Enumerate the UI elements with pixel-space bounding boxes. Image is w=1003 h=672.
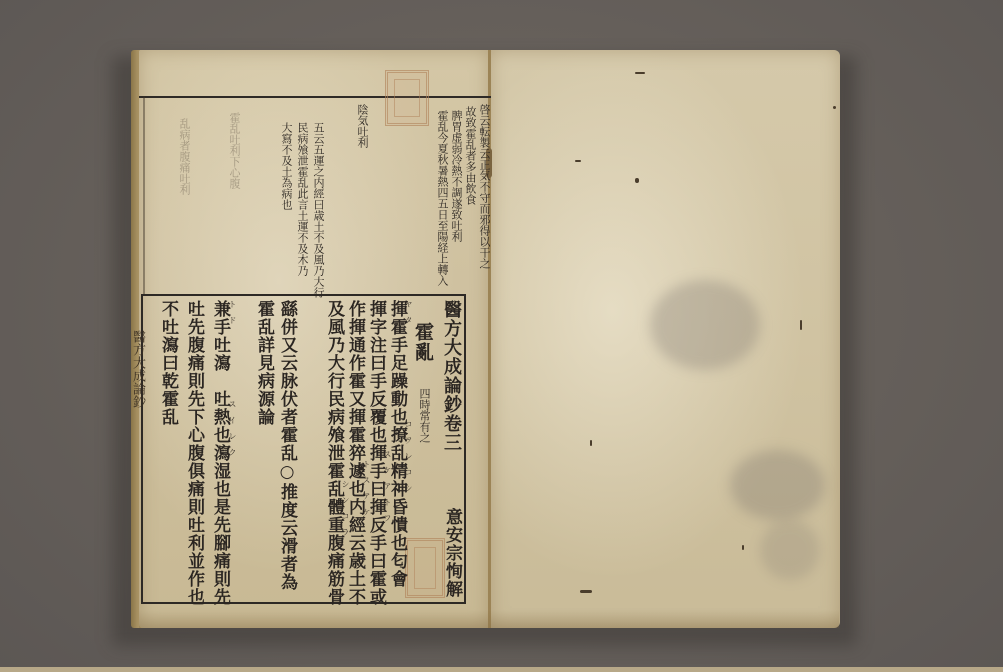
body-column: 吐先腹痛則先下心腹俱痛則吐利並作也 (184, 300, 204, 606)
book-title: 醫方大成論鈔卷三 (441, 300, 461, 452)
headnote-column: 陰気吐利 (356, 104, 369, 148)
headnote-column: 五云五運之内經曰歳土不及風乃大行 (312, 122, 325, 298)
body-column: 兼手吐瀉 吐熱也瀉湿也是先腳痛則先 (210, 300, 230, 606)
kunten-gloss: コ ヲ レ コ シ (404, 420, 413, 492)
ink-stain (730, 450, 825, 520)
author-credit: 意安宗恂解 (442, 508, 462, 598)
body-column: 作揮通作霍又揮霍猝遽也内經云歳土不 (345, 300, 365, 606)
kunten-gloss: ト ド (228, 300, 237, 324)
paper-speck (833, 106, 836, 109)
ink-stain (650, 280, 760, 370)
chapter-note: 四時常有之 (418, 388, 431, 443)
chapter-heading: 霍亂 (413, 322, 433, 362)
headnote-column: 啓云転製云正気不守而邪得以干之 (478, 104, 491, 269)
page-bottom-edge (139, 610, 839, 628)
kunten-gloss: シ ン コ ラ (341, 480, 350, 536)
collector-seal-top (385, 70, 429, 126)
headnote-column: 民病飧泄霍乱此言土運不及木乃 (296, 122, 309, 276)
paper-speck (742, 545, 744, 550)
body-column: 及風乃大行民病飧泄霍乱體重腹痛筋骨 (324, 300, 344, 606)
paper-speck (575, 160, 581, 162)
body-column: 霍乱詳見病源論 (254, 300, 274, 426)
body-column: 不吐瀉曰乾霍乱 (158, 300, 178, 426)
bleed-through-text: 霍乱吐利下心腹 (228, 112, 241, 189)
paper-speck (590, 440, 592, 446)
headnote-column: 大寫不及土為病也 (280, 122, 293, 210)
bleed-through-text: 乱病者腹痛吐利 (178, 118, 191, 195)
headnote-left-rule (143, 96, 145, 294)
kunten-gloss: ス ケ ア ト フ (383, 450, 392, 522)
paper-speck (800, 320, 802, 330)
paper-speck (635, 72, 645, 74)
bottom-strip (0, 667, 1003, 672)
kunten-gloss: ト ス ア ケ (362, 460, 371, 516)
headnote-top-rule (139, 96, 491, 98)
paper-speck (635, 178, 639, 183)
ink-stain (760, 520, 820, 580)
kunten-gloss: ス イ レ ク (228, 400, 237, 456)
fore-edge-title: 醫方大成論鈔 (131, 330, 144, 408)
collector-seal-bottom (405, 538, 445, 598)
headnote-column: 故致霍乱者多由飲食 (464, 106, 477, 205)
paper-speck (580, 590, 592, 593)
body-column: 繇併又云脉伏者霍乱○推度云滑者為 (277, 300, 297, 591)
kunten-gloss: ヤ タ (404, 300, 413, 324)
headnote-column: 脾胃虚弱冷熱不調遂致吐利 (450, 110, 463, 242)
headnote-column: 霍乱今夏秋暑熱四五日至陽経上轉入 (436, 110, 449, 286)
